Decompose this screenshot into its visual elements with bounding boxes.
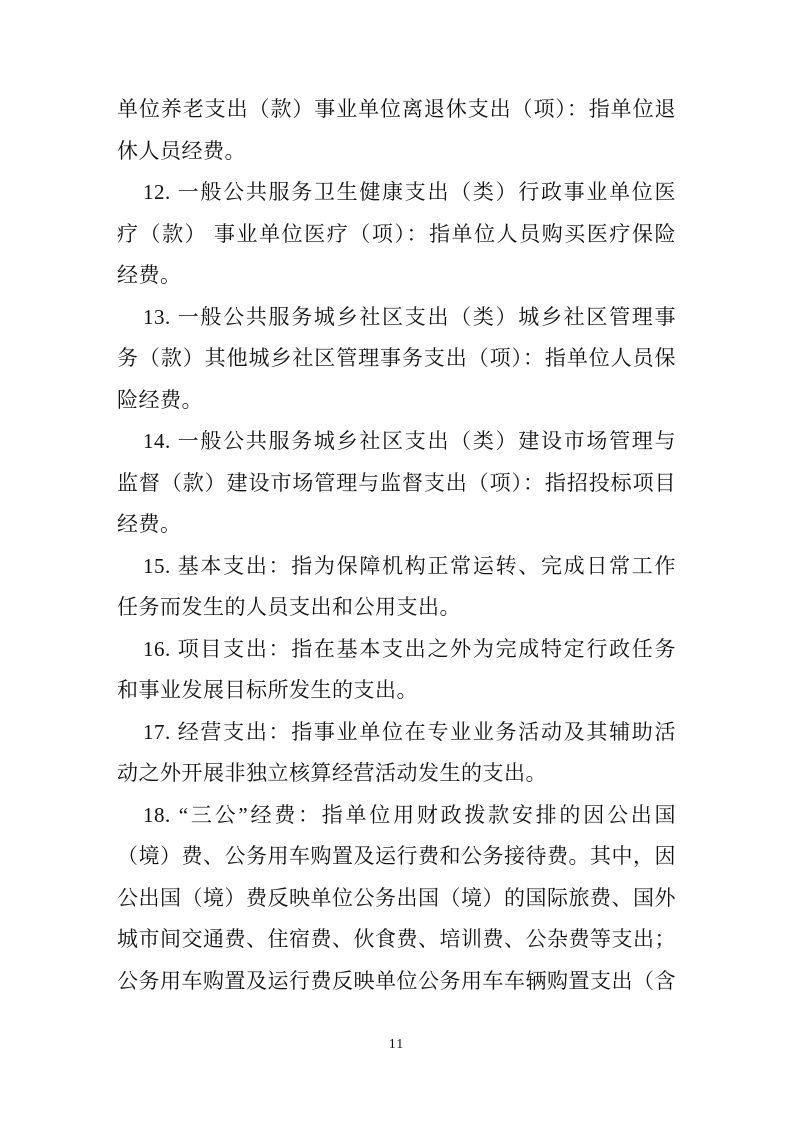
text-line: 险经费。 xyxy=(117,380,676,422)
text-line: 城市间交通费、住宿费、伙食费、培训费、公杂费等支出； xyxy=(117,919,676,961)
text-line: 和事业发展目标所发生的支出。 xyxy=(117,670,676,712)
text-line: 15. 基本支出：指为保障机构正常运转、完成日常工作 xyxy=(117,546,676,588)
text-line: 13. 一般公共服务城乡社区支出（类）城乡社区管理事 xyxy=(117,297,676,339)
text-line: 公务用车购置及运行费反映单位公务用车车辆购置支出（含 xyxy=(117,961,676,1003)
text-line: 任务而发生的人员支出和公用支出。 xyxy=(117,587,676,629)
text-line: 经费。 xyxy=(117,255,676,297)
text-line: 公出国（境）费反映单位公务出国（境）的国际旅费、国外 xyxy=(117,878,676,920)
text-line: 12. 一般公共服务卫生健康支出（类）行政事业单位医 xyxy=(117,172,676,214)
text-line: 单位养老支出（款）事业单位离退休支出（项）：指单位退 xyxy=(117,89,676,131)
text-line: 监督（款）建设市场管理与监督支出（项）：指招投标项目 xyxy=(117,463,676,505)
document-page: 单位养老支出（款）事业单位离退休支出（项）：指单位退休人员经费。12. 一般公共… xyxy=(0,0,793,1122)
text-line: 动之外开展非独立核算经营活动发生的支出。 xyxy=(117,753,676,795)
text-line: 务（款）其他城乡社区管理事务支出（项）：指单位人员保 xyxy=(117,338,676,380)
text-line: 疗（款） 事业单位医疗（项）：指单位人员购买医疗保险 xyxy=(117,214,676,256)
page-number: 11 xyxy=(0,1037,793,1053)
text-line: 16. 项目支出：指在基本支出之外为完成特定行政任务 xyxy=(117,629,676,671)
text-line: 经费。 xyxy=(117,504,676,546)
text-line: 14. 一般公共服务城乡社区支出（类）建设市场管理与 xyxy=(117,421,676,463)
text-line: （境）费、公务用车购置及运行费和公务接待费。其中，因 xyxy=(117,836,676,878)
document-body-text: 单位养老支出（款）事业单位离退休支出（项）：指单位退休人员经费。12. 一般公共… xyxy=(117,89,676,1002)
text-line: 18. “三公”经费：指单位用财政拨款安排的因公出国 xyxy=(117,795,676,837)
text-line: 休人员经费。 xyxy=(117,131,676,173)
text-line: 17. 经营支出：指事业单位在专业业务活动及其辅助活 xyxy=(117,712,676,754)
